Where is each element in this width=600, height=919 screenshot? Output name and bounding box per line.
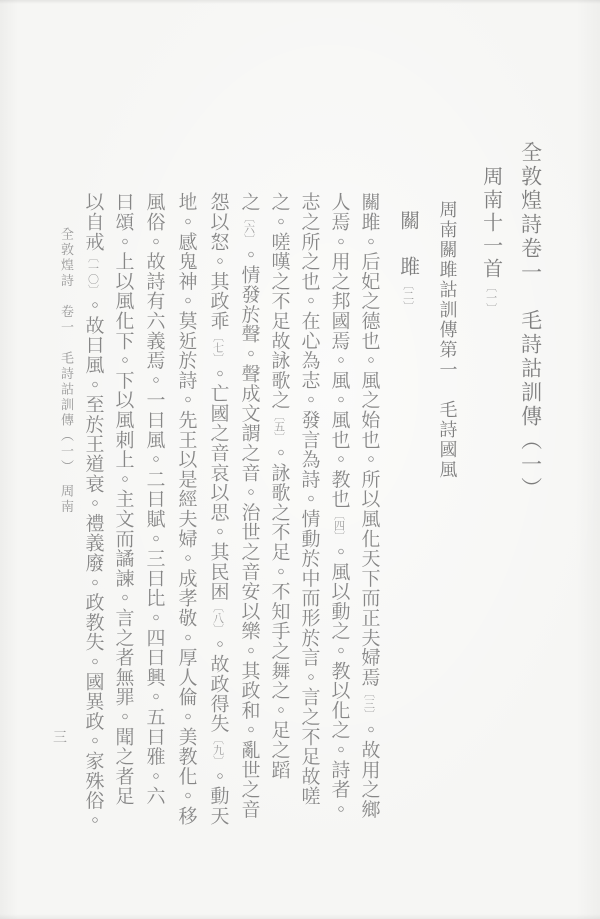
text-column: 之〔六〕。情發於聲。聲成文謂之音。治世之音安以樂。其政和。亂世之音 [238, 192, 259, 819]
scanned-book-page: 全敦煌詩卷一 毛詩詁訓傳（一） 周南十一首〔一〕 周南關雎詁訓傳第一 毛詩國風 … [0, 0, 600, 919]
annotation-marker: 〔九〕 [212, 733, 224, 766]
annotation-marker: 〔六〕 [243, 212, 255, 245]
annotation-marker: 〔七〕 [212, 331, 224, 364]
text-column: 怨以怒。其政乖〔七〕。亡國之音哀以思。其民困〔八〕。故政得失〔九〕。動天 [207, 192, 228, 826]
annotation-marker: 〔二〕 [402, 279, 414, 312]
section-count-heading: 周南十一首〔一〕 [479, 166, 501, 314]
annotation-marker: 〔三〕 [363, 687, 375, 720]
text-column: 關雎。后妃之德也。風之始也。所以風化天下而正夫婦焉〔三〕。故用之鄉 [358, 192, 379, 819]
text-column: 之。嗟嘆之不足故詠歌之〔五〕。詠歌之不足。不知手之舞之。足之蹈 [268, 192, 289, 779]
subsection-title: 周南關雎詁訓傳第一 毛詩國風 [437, 200, 456, 480]
text-column: 曰頌。上以風化下。下以風刺上。主文而譎諫。言之者無罪。聞之者足 [112, 192, 133, 806]
text-column: 以自戒〔一〇〕。故曰風。至於王道衰。禮義廢。政教失。國異政。家殊俗。 [82, 192, 103, 830]
page-number: 三 [53, 727, 67, 747]
annotation-marker: 〔八〕 [212, 601, 224, 634]
running-title: 全敦煌詩 卷一 毛詩詁訓傳（一） 周南 [59, 227, 73, 515]
text-column: 風俗。故詩有六義焉。一曰風。二曰賦。三曰比。四曰興。五曰雅。六 [143, 192, 164, 806]
text-column: 志之所之也。在心為志。發言為詩。情動於中而形於言。言之不足故嗟 [298, 192, 319, 806]
text-column: 人焉。用之邦國焉。風。風也。教也〔四〕。風以動之。教以化之。詩者。 [328, 192, 349, 819]
annotation-marker: 〔一〇〕 [87, 251, 99, 295]
annotation-marker: 〔一〕 [485, 281, 497, 314]
text-column: 地。感鬼神。莫近於詩。先王以是經夫婦。成孝敬。厚人倫。美教化。移 [175, 192, 196, 826]
volume-title: 全敦煌詩卷一 毛詩詁訓傳（一） [519, 141, 542, 501]
annotation-marker: 〔五〕 [273, 410, 285, 443]
annotation-marker: 〔四〕 [333, 509, 345, 542]
poem-title: 關 雎〔二〕 [396, 210, 418, 312]
